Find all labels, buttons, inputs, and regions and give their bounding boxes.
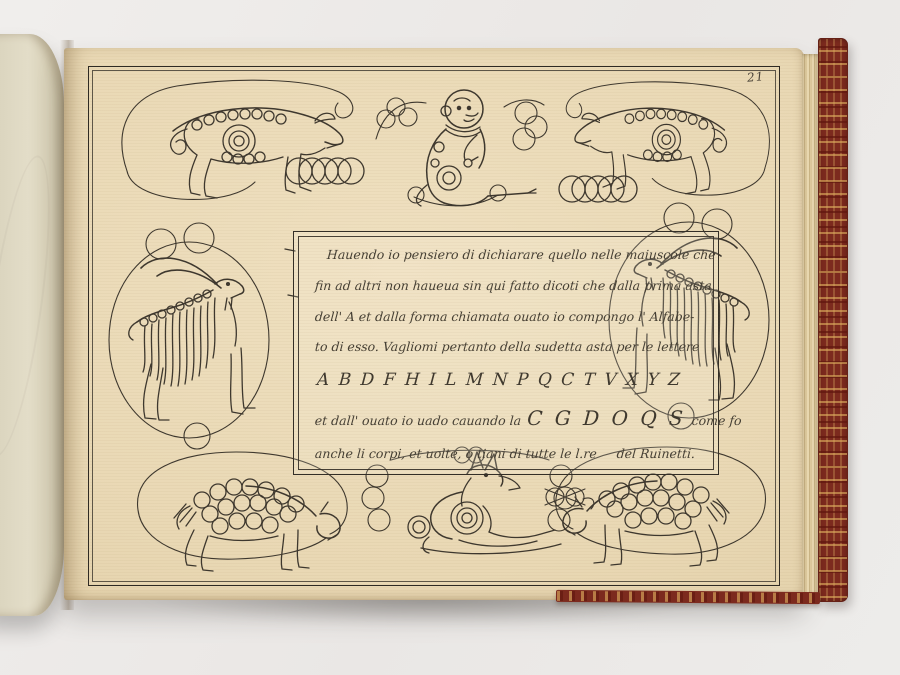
calligraphy-line-4: to di esso. Vagliomi pertanto della sude… (314, 339, 697, 354)
calligraphy-line-1: Hauendo io pensiero di dichiarare quello… (314, 247, 697, 262)
calligraphy-line-7: anche li corpi, et uolte, o tiani di tut… (314, 446, 697, 461)
fore-edge-page-stack (802, 54, 819, 596)
gilt-bottom-cover-edge (556, 590, 820, 604)
line-6-pre: et dall' ouato io uado cauando la (314, 413, 521, 428)
coil-flourish-top-left (286, 158, 364, 184)
calligraphy-line-3: dell' A et dalla forma chiamata ouato io… (314, 309, 697, 324)
recto-page: 21 (64, 48, 804, 600)
calligraphy-line-2: fin ad altri non haueua sin qui fatto di… (314, 278, 697, 293)
photo-open-calligraphy-book: 21 (0, 0, 900, 675)
gilt-red-cover-edge (818, 38, 848, 602)
ornament-monkey-top-center (376, 90, 547, 206)
calligraphy-line-6: et dall' ouato io uado cauando laC G D O… (314, 406, 698, 430)
ornament-goat-middle-left (109, 223, 269, 449)
text-panel-inner-border: Hauendo io pensiero di dichiarare quello… (298, 236, 714, 470)
bow-knot-flourish (545, 488, 594, 509)
ornament-bull-top-right (566, 82, 769, 195)
line-6-capitals: C G D O Q S (520, 406, 692, 430)
line-6-post: come fo (691, 413, 742, 428)
ruled-border-frame: Hauendo io pensiero di dichiarare quello… (88, 66, 780, 586)
verso-page-edge (0, 34, 64, 616)
center-text-panel: Hauendo io pensiero di dichiarare quello… (293, 231, 719, 475)
calligraphy-line-5-capitals: A B D F H I L M N P Q C T V X Y Z (314, 370, 697, 390)
